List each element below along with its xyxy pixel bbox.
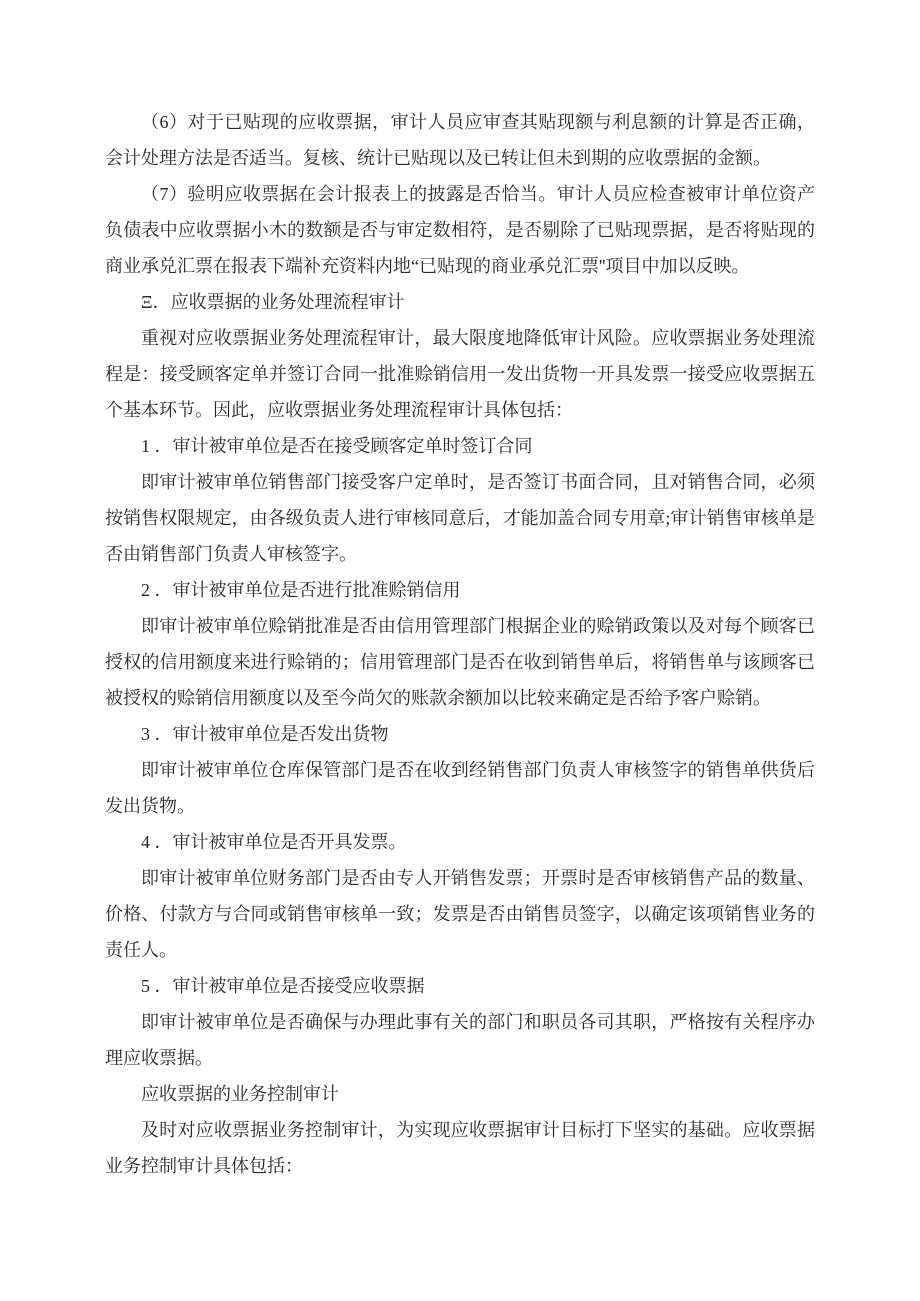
document-page: （6）对于已贴现的应收票据，审计人员应审查其贴现额与利息额的计算是否正确，会计处…	[0, 0, 920, 1301]
control-audit-intro-paragraph: 及时对应收票据业务控制审计，为实现应收票据审计目标打下坚实的基础。应收票据业务控…	[105, 1112, 815, 1184]
item-4-heading: 4 ．审计被审单位是否开具发票。	[105, 824, 815, 860]
document-body: （6）对于已贴现的应收票据，审计人员应审查其贴现额与利息额的计算是否正确，会计处…	[105, 104, 815, 1184]
section-heading-control-audit: 应收票据的业务控制审计	[105, 1076, 815, 1112]
point-7-paragraph: （7）验明应收票据在会计报表上的披露是否恰当。审计人员应检查被审计单位资产负债表…	[105, 176, 815, 284]
item-1-paragraph: 即审计被审单位销售部门接受客户定单时，是否签订书面合同，且对销售合同，必须按销售…	[105, 464, 815, 572]
item-3-heading: 3 ．审计被审单位是否发出货物	[105, 716, 815, 752]
item-4-paragraph: 即审计被审单位财务部门是否由专人开销售发票；开票时是否审核销售产品的数量、价格、…	[105, 860, 815, 968]
item-2-paragraph: 即审计被审单位赊销批准是否由信用管理部门根据企业的赊销政策以及对每个顾客已授权的…	[105, 608, 815, 716]
process-flow-intro-paragraph: 重视对应收票据业务处理流程审计，最大限度地降低审计风险。应收票据业务处理流程是：…	[105, 320, 815, 428]
item-2-heading: 2 ．审计被审单位是否进行批准赊销信用	[105, 572, 815, 608]
item-5-heading: 5 ．审计被审单位是否接受应收票据	[105, 968, 815, 1004]
item-3-paragraph: 即审计被审单位仓库保管部门是否在收到经销售部门负责人审核签字的销售单供货后发出货…	[105, 752, 815, 824]
point-6-paragraph: （6）对于已贴现的应收票据，审计人员应审查其贴现额与利息额的计算是否正确，会计处…	[105, 104, 815, 176]
section-heading-process-flow-audit: Ξ．应收票据的业务处理流程审计	[105, 284, 815, 320]
item-1-heading: 1 ．审计被审单位是否在接受顾客定单时签订合同	[105, 428, 815, 464]
item-5-paragraph: 即审计被审单位是否确保与办理此事有关的部门和职员各司其职，严格按有关程序办理应收…	[105, 1004, 815, 1076]
